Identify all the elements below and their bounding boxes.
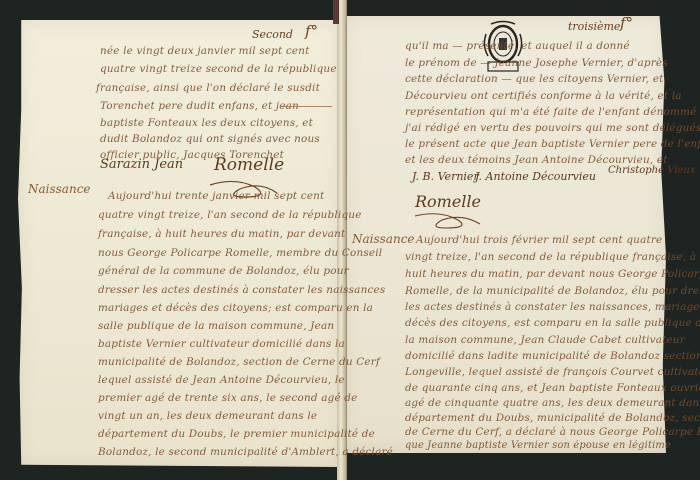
left-line-2: quatre vingt treize second de la républi…	[100, 63, 337, 75]
left-entry-line-4: nous George Policarpe Romelle, membre du…	[98, 247, 382, 259]
left-line-6: dudit Bolandoz qui ont signés avec nous	[100, 133, 320, 145]
right-entry-line-4: Romelle, de la municipalité de Bolandoz,…	[405, 285, 700, 297]
right-entry-line-5: les actes destinés à constater les naiss…	[405, 301, 700, 313]
left-entry-line-8: salle publique de la maison commune, Jea…	[98, 320, 334, 332]
left-entry-line-1: Aujourd'hui trente janvier mil sept cent	[108, 190, 324, 202]
left-entry-line-6: dresser les actes destinés à constater l…	[98, 284, 385, 296]
right-entry-line-8: domicilié dans ladite municipalité de Bo…	[405, 350, 700, 362]
right-entry-line-12: département du Doubs, municipalité de Bo…	[405, 412, 700, 424]
left-line-1: née le vingt deux janvier mil sept cent	[100, 45, 310, 57]
right-entry-line-9: Longeville, lequel assisté de françois C…	[405, 366, 700, 378]
signature-flourish-right	[410, 208, 490, 234]
left-entry-line-5: général de la commune de Bolandoz, élu p…	[98, 265, 349, 277]
signature-romelle: Romelle	[214, 155, 284, 175]
left-entry-line-2: quatre vingt treize, l'an second de la r…	[98, 209, 362, 221]
fill-line	[280, 106, 332, 107]
right-entry-line-14: que Jeanne baptiste Vernier son épouse e…	[405, 440, 671, 451]
left-entry-line-10: municipalité de Bolandoz, section de Cer…	[98, 356, 380, 368]
left-line-3: française, ainsi que l'on déclaré le sus…	[96, 82, 320, 94]
signature-decourvieu: J. Antoine Décourvieu	[475, 170, 596, 183]
document-scan: Second f° née le vingt deux janvier mil …	[0, 0, 700, 480]
left-entry-line-7: mariages et décès des citoyens; est comp…	[98, 302, 373, 314]
right-entry-line-10: de quarante cinq ans, et Jean baptiste F…	[405, 382, 700, 394]
signature-sarazin: Sarazin Jean	[100, 157, 183, 172]
right-line-3: cette déclaration — que les citoyens Ver…	[405, 73, 664, 85]
right-entry-line-7: la maison commune, Jean Claude Cabet cul…	[405, 334, 685, 346]
book-spine	[337, 0, 347, 480]
left-line-5: baptiste Fonteaux les deux citoyens, et	[100, 117, 313, 129]
left-line-4: Torenchet pere dudit enfans, et jean	[100, 100, 299, 112]
left-entry-line-15: Bolandoz, le second municipalité d'Amble…	[98, 446, 393, 458]
left-entry-line-13: vingt un an, les deux demeurant dans le	[98, 410, 317, 422]
right-entry-line-1: Aujourd'hui trois février mil sept cent …	[416, 234, 662, 246]
right-folio-paraph: f°	[620, 14, 633, 32]
right-entry-line-11: agé de cinquante quatre ans, les deux de…	[405, 397, 700, 409]
signature-vieux: Christophe Vieux	[608, 165, 695, 176]
right-line-2: le prénom de — Jeanne Josephe Vernier, d…	[405, 57, 668, 69]
right-folio-label: troisième	[568, 20, 620, 33]
right-entry-line-13: de Cerne du Cerf, a déclaré à nous Georg…	[405, 426, 700, 438]
right-margin-note: Naissance	[352, 232, 415, 246]
left-entry-line-3: française, à huit heures du matin, par d…	[98, 228, 345, 240]
left-folio-label: Second	[252, 28, 293, 41]
left-entry-line-9: baptiste Vernier cultivateur domicilié d…	[98, 338, 345, 350]
left-margin-note: Naissance	[28, 182, 91, 196]
right-entry-line-3: huit heures du matin, par devant nous Ge…	[405, 268, 700, 280]
right-entry-line-6: décès des citoyens, est comparu en la sa…	[405, 317, 700, 329]
right-line-6: j'ai rédigé en vertu des pouvoirs qui me…	[405, 122, 700, 134]
left-entry-line-11: lequel assisté de Jean Antoine Décourvie…	[98, 374, 345, 386]
right-entry-line-2: vingt treize, l'an second de la républiq…	[405, 251, 696, 263]
left-entry-line-14: département du Doubs, le premier municip…	[98, 428, 375, 440]
right-line-7: le présent acte que Jean baptiste Vernie…	[405, 138, 700, 150]
signature-vernier: J. B. Vernier	[412, 170, 479, 183]
left-entry-line-12: premier agé de trente six ans, le second…	[98, 392, 358, 404]
right-line-5: représentation qui m'a été faite de l'en…	[405, 106, 696, 118]
spine-binding	[333, 0, 339, 24]
left-folio-paraph: f°	[305, 22, 318, 40]
right-line-1: qu'il ma — présenté, et auquel il a donn…	[405, 40, 630, 52]
right-line-4: Décourvieu ont certifiés conforme à la v…	[405, 90, 682, 102]
